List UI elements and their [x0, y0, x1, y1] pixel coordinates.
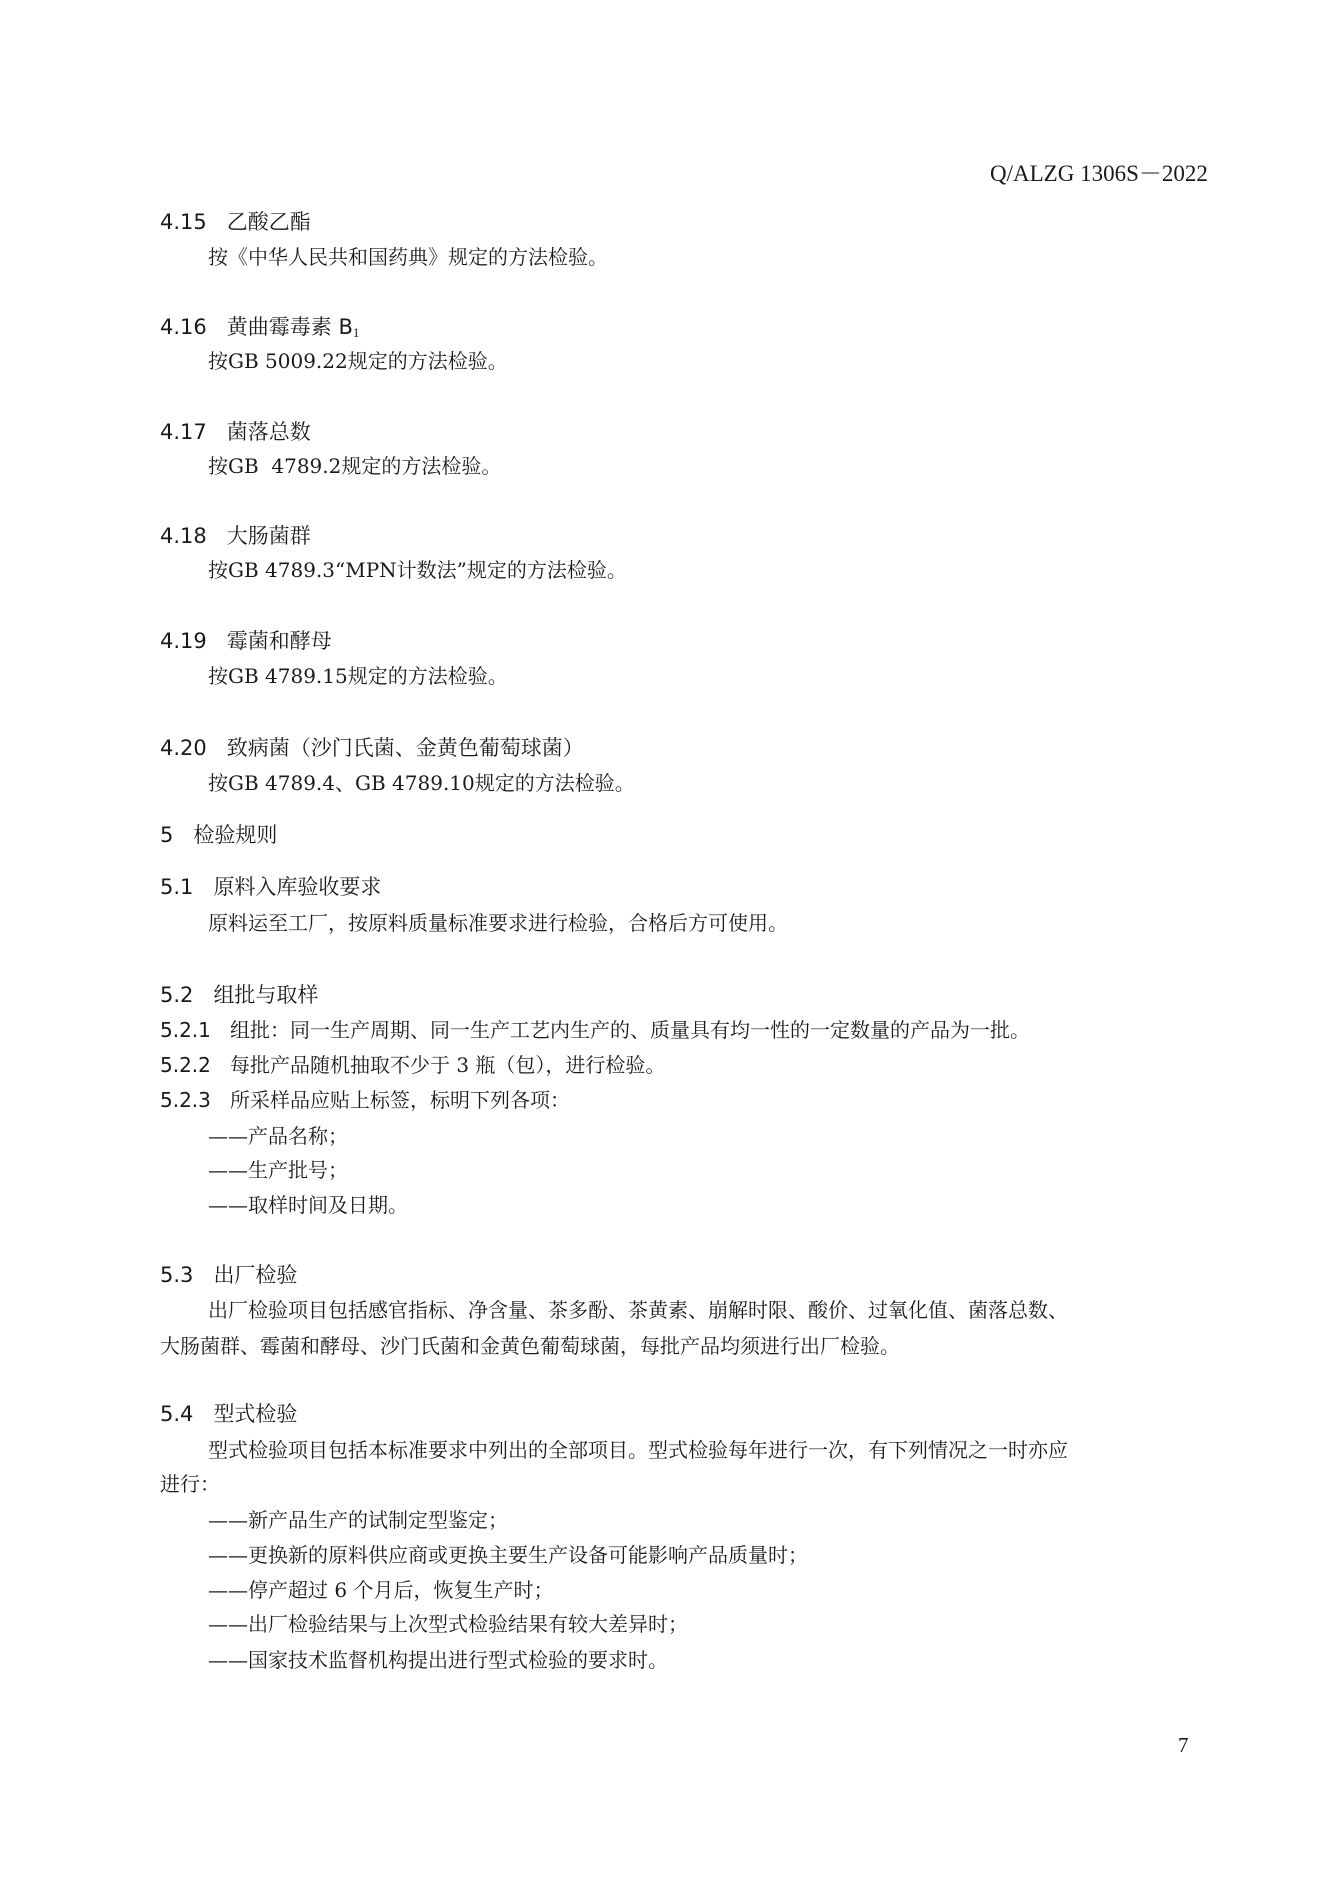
section-title: 菌落总数	[227, 420, 311, 444]
section-5-1-heading: 5.1 原料入库验收要求	[160, 877, 381, 898]
page-number: 7	[1178, 1735, 1189, 1756]
condition-item: ——新产品生产的试制定型鉴定；	[208, 1510, 508, 1530]
clause-text: 组批：同一生产周期、同一生产工艺内生产的、质量具有均一性的一定数量的产品为一批。	[230, 1018, 1030, 1042]
section-5-3-body-line: 大肠菌群、霉菌和酵母、沙门氏菌和金黄色葡萄球菌，每批产品均须进行出厂检验。	[160, 1336, 900, 1356]
section-title: 原料入库验收要求	[213, 875, 381, 899]
section-4-20-heading: 4.20 致病菌（沙门氏菌、金黄色葡萄球菌）	[160, 738, 584, 759]
clause-number: 5.2.2	[160, 1053, 211, 1077]
section-number: 5.4	[160, 1402, 193, 1426]
section-title: 霉菌和酵母	[227, 629, 332, 653]
section-5-3-body-line: 出厂检验项目包括感官指标、净含量、茶多酚、茶黄素、崩解时限、酸价、过氧化值、菌落…	[208, 1300, 1068, 1320]
section-title: 型式检验	[213, 1402, 297, 1426]
section-4-18-heading: 4.18 大肠菌群	[160, 526, 311, 547]
clause-5-2-1: 5.2.1 组批：同一生产周期、同一生产工艺内生产的、质量具有均一性的一定数量的…	[160, 1020, 1030, 1040]
section-4-17-heading: 4.17 菌落总数	[160, 422, 311, 443]
condition-item: ——国家技术监督机构提出进行型式检验的要求时。	[208, 1650, 668, 1670]
clause-number: 5.2.3	[160, 1088, 211, 1112]
section-title: 出厂检验	[213, 1263, 297, 1287]
standard-code-header: Q/ALZG 1306S－2022	[990, 162, 1208, 185]
section-4-20-body: 按GB 4789.4、GB 4789.10规定的方法检验。	[208, 773, 635, 793]
subscript: 1	[353, 325, 360, 340]
section-number: 4.16	[160, 315, 207, 339]
section-title: 大肠菌群	[227, 524, 311, 548]
clause-text: 所采样品应贴上标签，标明下列各项：	[230, 1088, 570, 1112]
section-number: 4.18	[160, 524, 207, 548]
section-number: 5.2	[160, 983, 193, 1007]
clause-5-2-3: 5.2.3 所采样品应贴上标签，标明下列各项：	[160, 1090, 570, 1110]
section-4-16-body: 按GB 5009.22规定的方法检验。	[208, 351, 508, 371]
label-item: ——取样时间及日期。	[208, 1195, 408, 1215]
condition-item: ——停产超过 6 个月后，恢复生产时；	[208, 1580, 553, 1600]
clause-number: 5.2.1	[160, 1018, 211, 1042]
section-5-4-body-line: 型式检验项目包括本标准要求中列出的全部项目。型式检验每年进行一次，有下列情况之一…	[208, 1440, 1068, 1460]
section-4-19-body: 按GB 4789.15规定的方法检验。	[208, 666, 508, 686]
section-5-1-body: 原料运至工厂，按原料质量标准要求进行检验，合格后方可使用。	[208, 913, 788, 933]
condition-item: ——更换新的原料供应商或更换主要生产设备可能影响产品质量时；	[208, 1545, 808, 1565]
section-4-17-body: 按GB 4789.2规定的方法检验。	[208, 456, 501, 476]
section-4-15-heading: 4.15 乙酸乙酯	[160, 212, 311, 233]
clause-text: 每批产品随机抽取不少于 3 瓶（包），进行检验。	[230, 1053, 665, 1077]
section-title: 组批与取样	[213, 983, 318, 1007]
section-4-16-heading: 4.16 黄曲霉毒素 B1	[160, 317, 359, 339]
section-5-4-heading: 5.4 型式检验	[160, 1404, 297, 1425]
section-number: 4.15	[160, 210, 207, 234]
condition-item: ——出厂检验结果与上次型式检验结果有较大差异时；	[208, 1614, 688, 1634]
section-4-19-heading: 4.19 霉菌和酵母	[160, 631, 332, 652]
section-5-heading: 5 检验规则	[160, 825, 277, 846]
section-number: 5	[160, 823, 173, 847]
section-title: 致病菌（沙门氏菌、金黄色葡萄球菌）	[227, 736, 584, 760]
section-5-2-heading: 5.2 组批与取样	[160, 985, 318, 1006]
section-4-18-body: 按GB 4789.3“MPN计数法”规定的方法检验。	[208, 560, 627, 580]
section-number: 5.1	[160, 875, 193, 899]
section-5-4-body-line: 进行：	[160, 1474, 220, 1494]
section-5-3-heading: 5.3 出厂检验	[160, 1265, 297, 1286]
label-item: ——生产批号；	[208, 1160, 348, 1180]
section-number: 4.19	[160, 629, 207, 653]
section-number: 4.20	[160, 736, 207, 760]
section-4-15-body: 按《中华人民共和国药典》规定的方法检验。	[208, 247, 608, 267]
section-number: 4.17	[160, 420, 207, 444]
section-title: 黄曲霉毒素 B	[227, 315, 353, 339]
section-title: 乙酸乙酯	[227, 210, 311, 234]
clause-5-2-2: 5.2.2 每批产品随机抽取不少于 3 瓶（包），进行检验。	[160, 1055, 665, 1075]
section-title: 检验规则	[193, 823, 277, 847]
section-number: 5.3	[160, 1263, 193, 1287]
label-item: ——产品名称；	[208, 1126, 348, 1146]
